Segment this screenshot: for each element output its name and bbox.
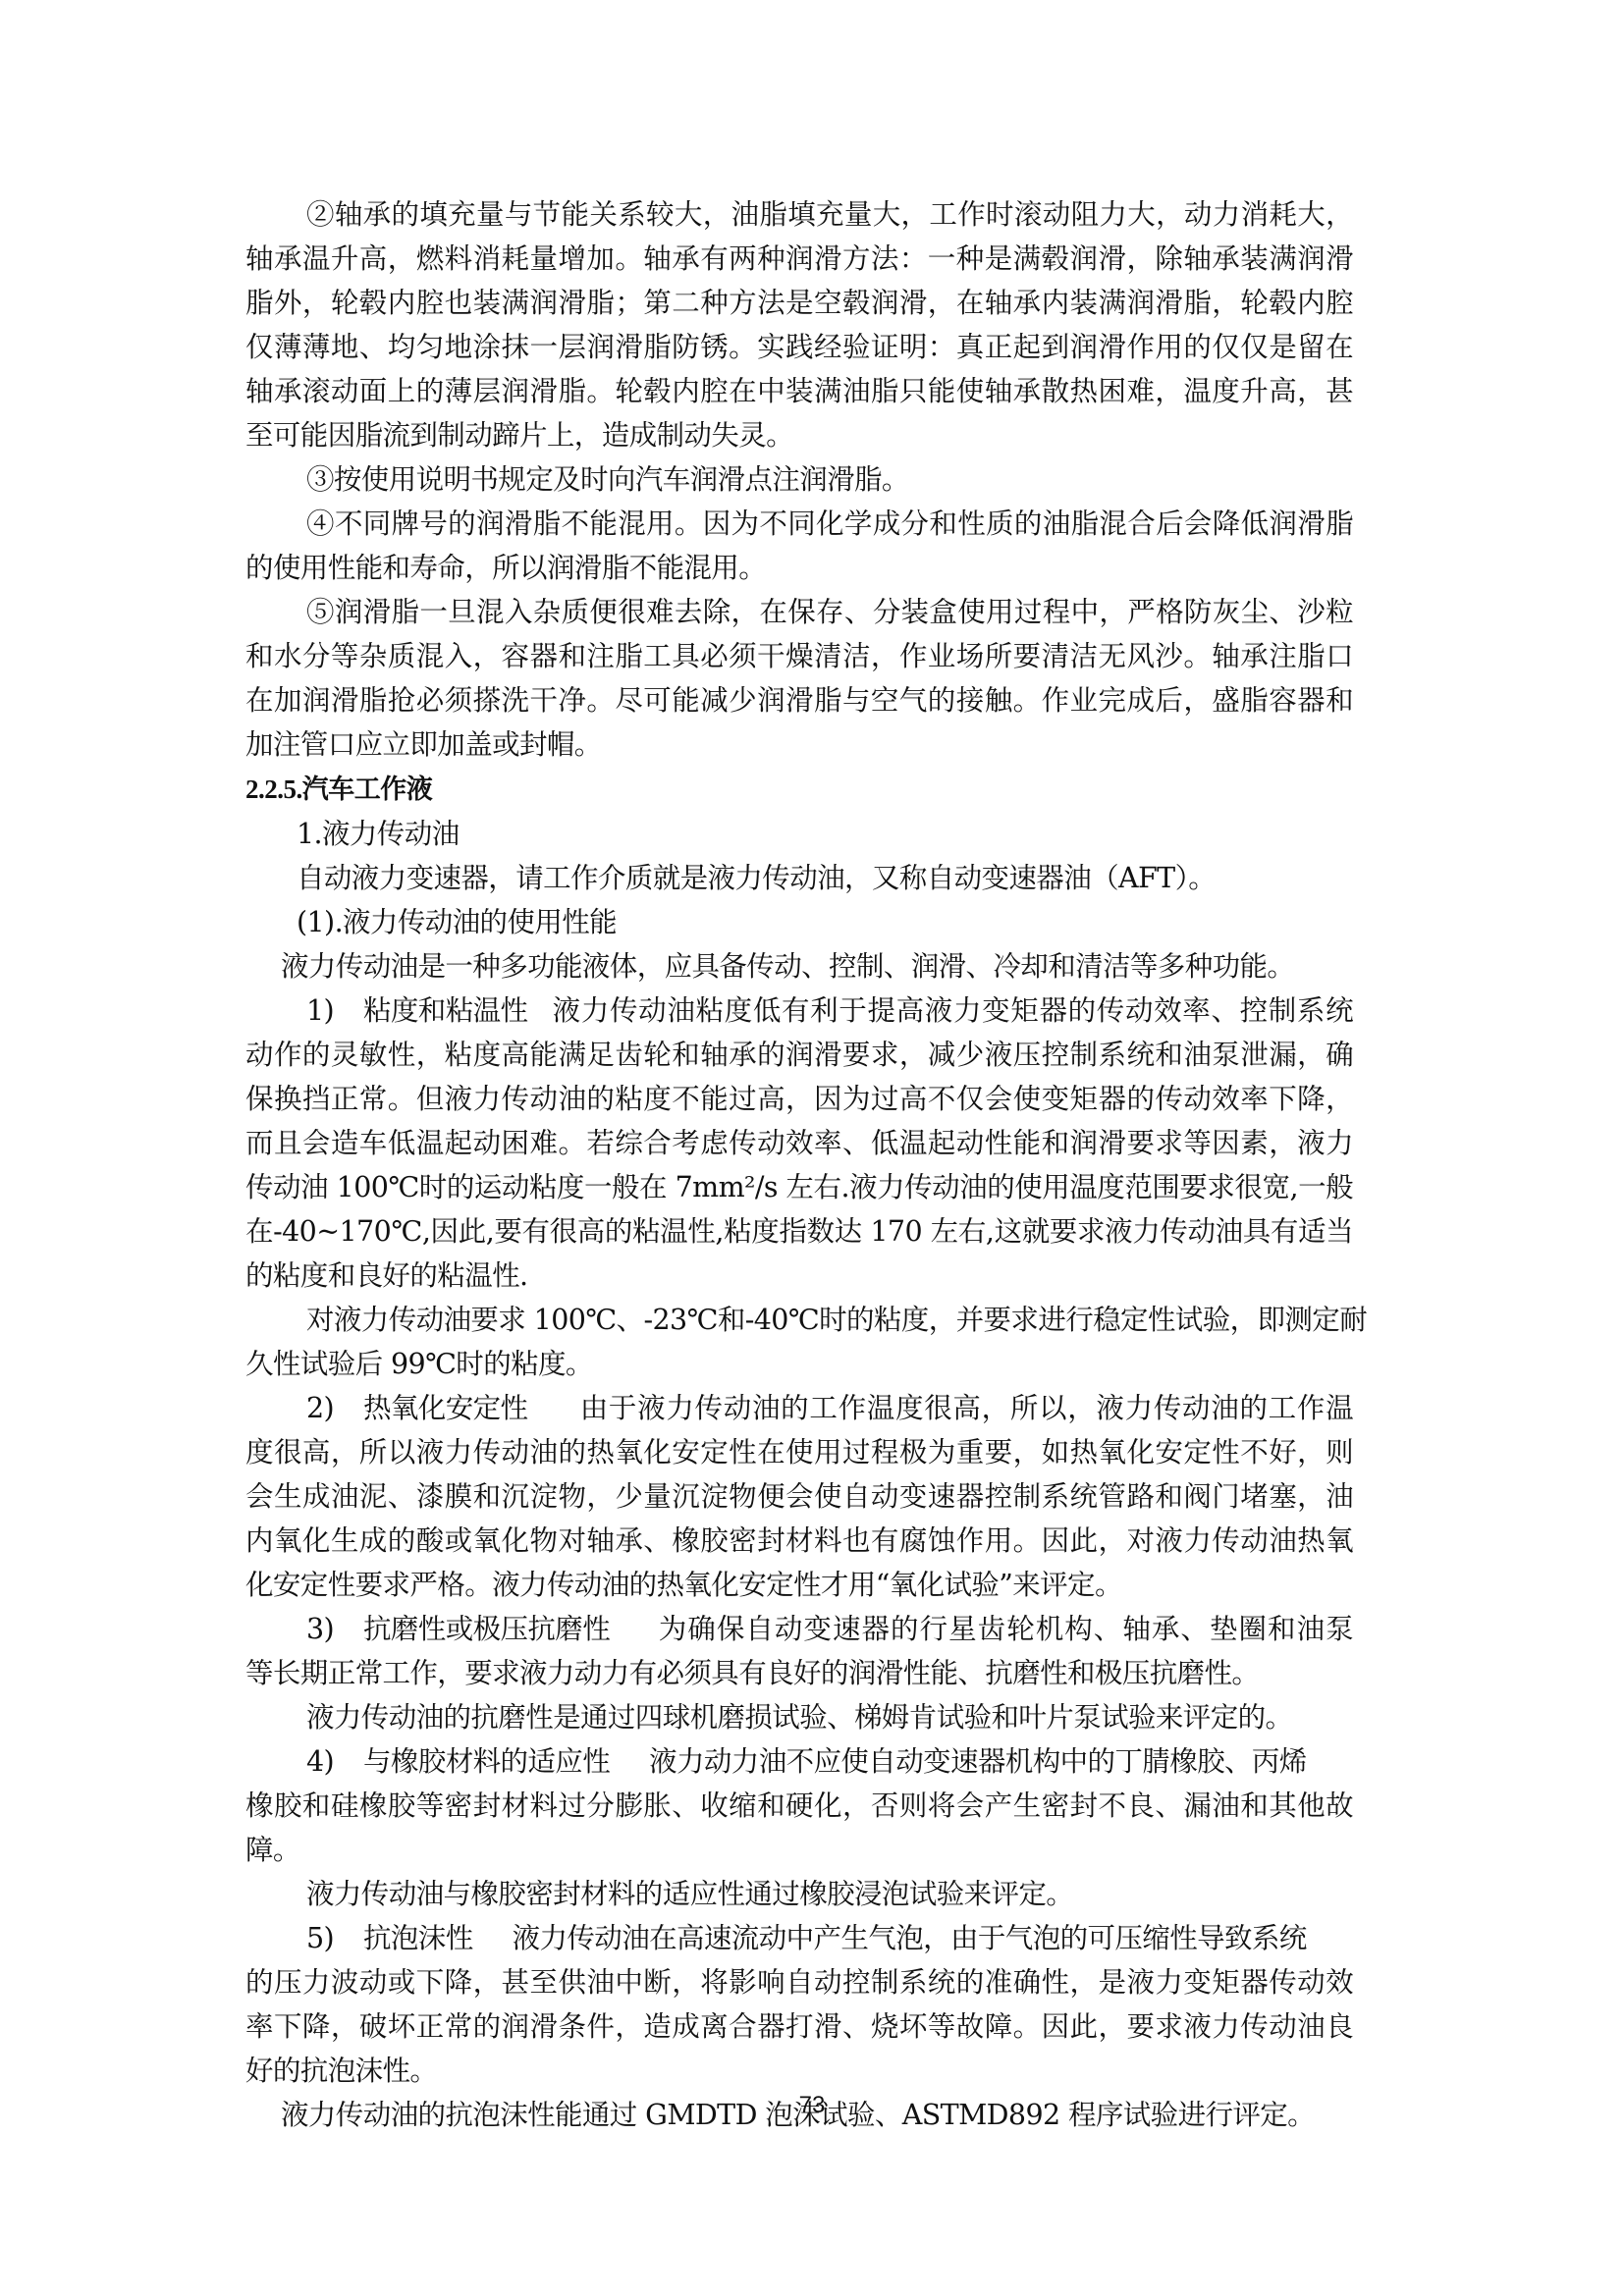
paragraph-line: 的粘度和良好的粘温性. [245, 1254, 1353, 1298]
paragraph-line: 液力传动油与橡胶密封材料的适应性通过橡胶浸泡试验来评定。 [245, 1872, 1353, 1916]
paragraph-line: 的使用性能和寿命，所以润滑脂不能混用。 [245, 546, 1353, 590]
paragraph-line: 的压力波动或下降，甚至供油中断，将影响自动控制系统的准确性，是液力变矩器传动效 [245, 1960, 1353, 2004]
paragraph-line: 率下降，破坏正常的润滑条件，造成离合器打滑、烧坏等故障。因此，要求液力传动油良 [245, 2004, 1353, 2049]
item-text: 液力传动油在高速流动中产生气泡，由于气泡的可压缩性导致系统 [513, 1922, 1307, 1954]
list-item-first-line: 5)抗泡沫性液力传动油在高速流动中产生气泡，由于气泡的可压缩性导致系统 [245, 1916, 1353, 1960]
item-title: 与橡胶材料的适应性 [363, 1739, 610, 1784]
item-title: 抗磨性或极压抗磨性 [363, 1607, 610, 1651]
paragraph-line: ④不同牌号的润滑脂不能混用。因为不同化学成分和性质的油脂混合后会降低润滑脂 [245, 502, 1353, 546]
paragraph-line: 化安定性要求严格。液力传动油的热氧化安定性才用“氧化试验”来评定。 [245, 1563, 1353, 1607]
paragraph-line: 度很高，所以液力传动油的热氧化安定性在使用过程极为重要，如热氧化安定性不好，则 [245, 1430, 1353, 1474]
paragraph-line: 障。 [245, 1828, 1353, 1872]
paragraph-line: 内氧化生成的酸或氧化物对轴承、橡胶密封材料也有腐蚀作用。因此，对液力传动油热氧 [245, 1519, 1353, 1563]
paragraph-line: 至可能因脂流到制动蹄片上，造成制动失灵。 [245, 413, 1353, 457]
item-number: 2) [306, 1386, 363, 1430]
paragraph-line: 液力传动油的抗磨性是通过四球机磨损试验、梯姆肯试验和叶片泵试验来评定的。 [245, 1695, 1353, 1739]
item-text: 液力传动油粘度低有利于提高液力变矩器的传动效率、控制系统 [551, 994, 1353, 1027]
item-number: 1) [306, 988, 363, 1033]
document-page: ②轴承的填充量与节能关系较大，油脂填充量大，工作时滚动阻力大，动力消耗大， 轴承… [245, 192, 1353, 2137]
item-number: 3) [306, 1607, 363, 1651]
summary-line: 液力传动油是一种多功能液体，应具备传动、控制、润滑、冷却和清洁等多种功能。 [245, 944, 1353, 988]
paragraph-line: 在加润滑脂抢必须搽洗干净。尽可能减少润滑脂与空气的接触。作业完成后，盛脂容器和 [245, 678, 1353, 722]
paragraph-line: 橡胶和硅橡胶等密封材料过分膨胀、收缩和硬化，否则将会产生密封不良、漏油和其他故 [245, 1784, 1353, 1828]
subsection-title: 1.液力传动油 [245, 812, 1353, 856]
list-item-first-line: 4)与橡胶材料的适应性液力动力油不应使自动变速器机构中的丁腈橡胶、丙烯 [245, 1739, 1353, 1784]
paragraph-line: 加注管口应立即加盖或封帽。 [245, 722, 1353, 767]
paragraph-line: 对液力传动油要求 100℃、-23℃和-40℃时的粘度，并要求进行稳定性试验，即… [245, 1298, 1353, 1342]
intro-line: 自动液力变速器，请工作介质就是液力传动油，又称自动变速器油（AFT）。 [245, 856, 1353, 900]
paragraph-line: 和水分等杂质混入，容器和注脂工具必须干燥清洁，作业场所要清洁无风沙。轴承注脂口 [245, 634, 1353, 678]
paragraph-line: 轴承滚动面上的薄层润滑脂。轮毂内腔在中装满油脂只能使轴承散热困难，温度升高，甚 [245, 369, 1353, 413]
paragraph-line: 脂外，轮毂内腔也装满润滑脂；第二种方法是空毂润滑，在轴承内装满润滑脂，轮毂内腔 [245, 281, 1353, 325]
item-text: 液力动力油不应使自动变速器机构中的丁腈橡胶、丙烯 [649, 1745, 1307, 1778]
paragraph-line: 动作的灵敏性，粘度高能满足齿轮和轴承的润滑要求，减少液压控制系统和油泵泄漏，确 [245, 1033, 1353, 1077]
item-title: 粘度和粘温性 [363, 988, 527, 1033]
paragraph-line: ②轴承的填充量与节能关系较大，油脂填充量大，工作时滚动阻力大，动力消耗大， [245, 192, 1353, 237]
item-title: 抗泡沫性 [363, 1916, 473, 1960]
list-item-first-line: 1)粘度和粘温性液力传动油粘度低有利于提高液力变矩器的传动效率、控制系统 [245, 988, 1353, 1033]
item-text: 由于液力传动油的工作温度很高，所以，液力传动油的工作温 [578, 1392, 1353, 1424]
page-number: 73 [0, 2092, 1624, 2119]
paragraph-line: 而且会造车低温起动困难。若综合考虑传动效率、低温起动性能和润滑要求等因素，液力 [245, 1121, 1353, 1165]
item-number: 5) [306, 1916, 363, 1960]
list-item-first-line: 2)热氧化安定性由于液力传动油的工作温度很高，所以，液力传动油的工作温 [245, 1386, 1353, 1430]
paragraph-line: ③按使用说明书规定及时向汽车润滑点注润滑脂。 [245, 457, 1353, 502]
item-title: 热氧化安定性 [363, 1386, 527, 1430]
section-heading: 2.2.5.汽车工作液 [245, 767, 1353, 812]
list-item-first-line: 3)抗磨性或极压抗磨性为确保自动变速器的行星齿轮机构、轴承、垫圈和油泵 [245, 1607, 1353, 1651]
item-number: 4) [306, 1739, 363, 1784]
paragraph-line: 仅薄薄地、均匀地涂抹一层润滑脂防锈。实践经验证明：真正起到润滑作用的仅仅是留在 [245, 325, 1353, 369]
paragraph-line: ⑤润滑脂一旦混入杂质便很难去除，在保存、分装盒使用过程中，严格防灰尘、沙粒 [245, 590, 1353, 634]
paragraph-line: 在-40~170℃,因此,要有很高的粘温性,粘度指数达 170 左右,这就要求液… [245, 1209, 1353, 1254]
item-text: 为确保自动变速器的行星齿轮机构、轴承、垫圈和油泵 [657, 1613, 1353, 1645]
subsection-title: (1).液力传动油的使用性能 [245, 900, 1353, 944]
paragraph-line: 好的抗泡沫性。 [245, 2049, 1353, 2093]
paragraph-line: 久性试验后 99℃时的粘度。 [245, 1342, 1353, 1386]
paragraph-line: 会生成油泥、漆膜和沉淀物，少量沉淀物便会使自动变速器控制系统管路和阀门堵塞，油 [245, 1474, 1353, 1519]
paragraph-line: 等长期正常工作，要求液力动力有必须具有良好的润滑性能、抗磨性和极压抗磨性。 [245, 1651, 1353, 1695]
paragraph-line: 保换挡正常。但液力传动油的粘度不能过高，因为过高不仅会使变矩器的传动效率下降， [245, 1077, 1353, 1121]
paragraph-line: 轴承温升高，燃料消耗量增加。轴承有两种润滑方法：一种是满毂润滑，除轴承装满润滑 [245, 237, 1353, 281]
paragraph-line: 传动油 100℃时的运动粘度一般在 7mm²/s 左右.液力传动油的使用温度范围… [245, 1165, 1353, 1209]
